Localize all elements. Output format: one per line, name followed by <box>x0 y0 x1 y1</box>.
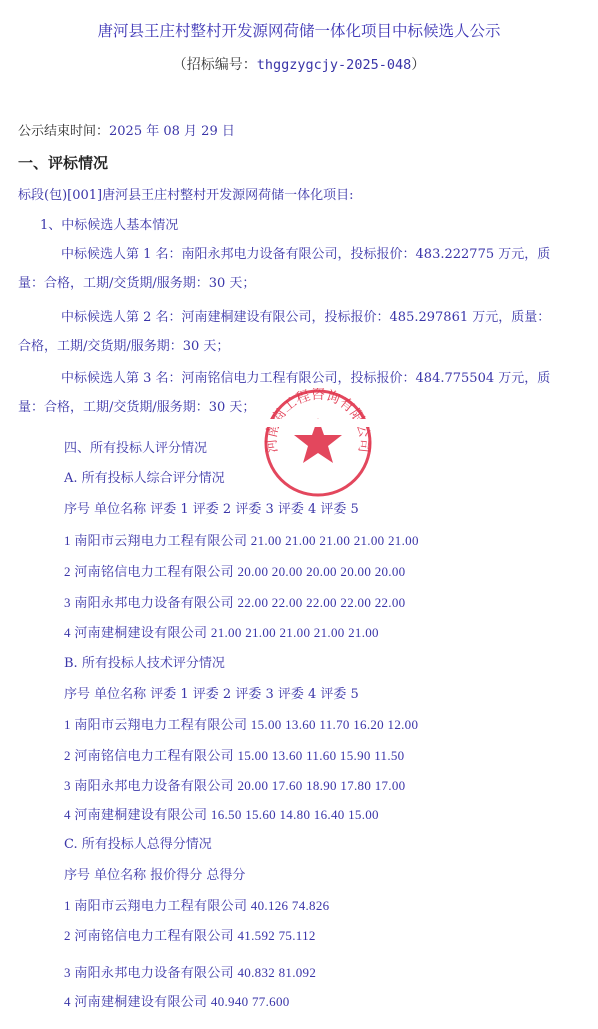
section-c-row: 1 南阳市云翔电力工程有限公司 40.126 74.826 <box>64 897 329 915</box>
section-a-row: 2 河南铭信电力工程有限公司 20.00 20.00 20.00 20.00 2… <box>64 563 405 581</box>
tender-number-close: ） <box>411 57 425 73</box>
section-c-header: 序号 单位名称 报价得分 总得分 <box>64 867 245 885</box>
section-b-row: 3 南阳永邦电力设备有限公司 20.00 17.60 18.90 17.80 1… <box>64 777 405 795</box>
section-4-heading: 四、所有投标人评分情况 <box>64 440 207 458</box>
document-title: 唐河县王庄村整村开发源网荷储一体化项目中标候选人公示 <box>0 22 598 40</box>
section-a-header: 序号 单位名称 评委 1 评委 2 评委 3 评委 4 评委 5 <box>64 501 359 519</box>
candidate-3-line1: 中标候选人第 3 名：河南铭信电力工程有限公司，投标报价：484.775504 … <box>61 370 550 388</box>
section-b-row: 1 南阳市云翔电力工程有限公司 15.00 13.60 11.70 16.20 … <box>64 716 418 734</box>
section-c-row: 4 河南建桐建设有限公司 40.940 77.600 <box>64 993 290 1011</box>
end-time-value: 2025 年 08 月 29 日 <box>109 124 235 139</box>
end-time-label: 公示结束时间： <box>18 124 109 139</box>
section-1-heading: 一、评标情况 <box>18 154 108 172</box>
section-a-heading: A. 所有投标人综合评分情况 <box>64 470 225 488</box>
section-c-row: 2 河南铭信电力工程有限公司 41.592 75.112 <box>64 927 316 945</box>
seal-scan-band <box>255 419 385 427</box>
candidate-1-line1: 中标候选人第 1 名：南阳永邦电力设备有限公司，投标报价：483.222775 … <box>61 246 550 264</box>
section-c-row: 3 南阳永邦电力设备有限公司 40.832 81.092 <box>64 964 316 982</box>
candidate-3-line2: 量：合格，工期/交货期/服务期：30 天； <box>18 399 255 417</box>
tender-number: （招标编号：thggzygcjy-2025-048） <box>0 56 598 74</box>
section-b-header: 序号 单位名称 评委 1 评委 2 评委 3 评委 4 评委 5 <box>64 686 359 704</box>
section-b-row: 4 河南建桐建设有限公司 16.50 15.60 14.80 16.40 15.… <box>64 806 379 824</box>
candidate-2-line1: 中标候选人第 2 名：河南建桐建设有限公司，投标报价：485.297861 万元… <box>61 309 550 327</box>
subsection-1-heading: 1、中标候选人基本情况 <box>40 217 178 235</box>
section-a-row: 4 河南建桐建设有限公司 21.00 21.00 21.00 21.00 21.… <box>64 624 379 642</box>
section-a-row: 3 南阳永邦电力设备有限公司 22.00 22.00 22.00 22.00 2… <box>64 594 405 612</box>
lot-line: 标段(包)[001]唐河县王庄村整村开发源网荷储一体化项目: <box>18 187 353 205</box>
section-b-heading: B. 所有投标人技术评分情况 <box>64 655 225 673</box>
section-c-heading: C. 所有投标人总得分情况 <box>64 836 212 854</box>
tender-number-open: （招标编号： <box>173 57 257 73</box>
section-b-row: 2 河南铭信电力工程有限公司 15.00 13.60 11.60 15.90 1… <box>64 747 405 765</box>
tender-code: thggzygcjy-2025-048 <box>257 57 411 73</box>
section-a-row: 1 南阳市云翔电力工程有限公司 21.00 21.00 21.00 21.00 … <box>64 532 419 550</box>
candidate-2-line2: 合格，工期/交货期/服务期：30 天； <box>18 338 229 356</box>
end-time-line: 公示结束时间：2025 年 08 月 29 日 <box>18 123 235 141</box>
company-seal-icon: 河南商工程咨询有限公司 <box>262 388 374 498</box>
candidate-1-line2: 量：合格，工期/交货期/服务期：30 天； <box>18 275 255 293</box>
